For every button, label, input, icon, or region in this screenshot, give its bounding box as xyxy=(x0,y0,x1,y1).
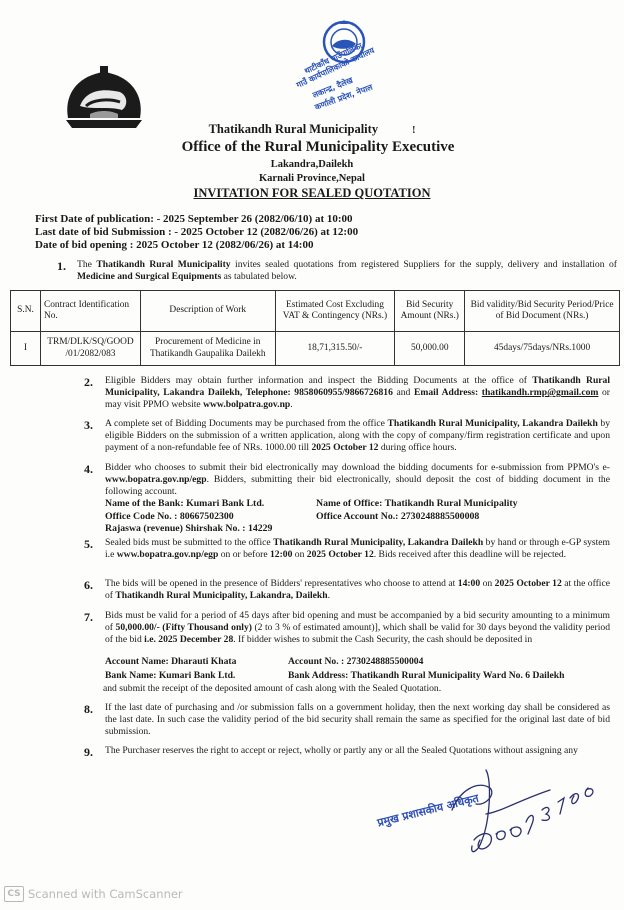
clause-8: If the last date of purchasing and /or s… xyxy=(105,702,610,739)
signature-icon xyxy=(430,760,620,870)
cell-bid-security: 50,000.00 xyxy=(395,332,465,366)
col-estimated-cost: Estimated Cost Excluding VAT & Contingen… xyxy=(275,291,395,332)
table-header-row: S.N. Contract Identification No. Descrip… xyxy=(11,291,620,332)
cash-account-number: Account No. : 2730248885500004 xyxy=(288,655,564,669)
egp-link[interactable]: www.bopatra.gov.np/egp xyxy=(105,474,207,485)
clause-3: A complete set of Bidding Documents may … xyxy=(105,418,610,455)
cell-estimated-cost: 18,71,315.50/- xyxy=(275,332,395,366)
key-dates: First Date of publication: - 2025 Septem… xyxy=(35,213,358,252)
watermark-text: Scanned with CamScanner xyxy=(28,887,183,901)
bank-name: Name of the Bank: Kumari Bank Ltd. xyxy=(105,498,272,511)
notice-title: INVITATION FOR SEALED QUOTATION xyxy=(0,186,624,201)
item-number: 5. xyxy=(84,537,93,552)
cash-account-name: Account Name: Dharauti Khata xyxy=(105,655,236,669)
cash-account-left: Account Name: Dharauti Khata Bank Name: … xyxy=(105,655,236,683)
office-code: Office Code No. : 80667502300 xyxy=(105,511,272,524)
municipality-name: Thatikandh Rural Municipality! xyxy=(0,122,624,137)
office-title: Office of the Rural Municipality Executi… xyxy=(6,139,624,156)
municipality-name-text: Thatikandh Rural Municipality xyxy=(209,122,379,136)
cell-sn: I xyxy=(11,332,41,366)
item-number: 6. xyxy=(84,578,93,593)
cell-bid-validity: 45days/75days/NRs.1000 xyxy=(465,332,620,366)
office-province: Karnali Province,Nepal xyxy=(0,173,624,184)
quotation-table: S.N. Contract Identification No. Descrip… xyxy=(10,290,620,366)
scanner-watermark: CS Scanned with CamScanner xyxy=(4,886,183,902)
submission-deadline: Last date of bid Submission : - 2025 Oct… xyxy=(35,226,358,239)
camscanner-logo-icon: CS xyxy=(4,886,24,902)
stray-mark: ! xyxy=(412,125,415,136)
clause-7: Bids must be valid for a period of 45 da… xyxy=(105,610,610,647)
clause-5: Sealed bids must be submitted to the off… xyxy=(105,537,610,561)
item-number: 2. xyxy=(84,375,93,390)
office-account: Office Account No.: 2730248885500008 xyxy=(316,511,517,524)
scanned-document-page: थाटीकाँध गाउँपालिका गाउँ कार्यपालिकाको क… xyxy=(0,0,624,910)
item-number: 1. xyxy=(57,259,66,274)
email-link[interactable]: thatikandh.rmp@gmail.com xyxy=(482,387,599,398)
cash-bank-address: Bank Address: Thatikandh Rural Municipal… xyxy=(288,669,564,683)
bank-details-left: Name of the Bank: Kumari Bank Ltd. Offic… xyxy=(105,498,272,536)
cell-description: Procurement of Medicine in Thatikandh Ga… xyxy=(140,332,275,366)
col-bid-validity: Bid validity/Bid Security Period/Price o… xyxy=(465,291,620,332)
municipality-logo-icon: थाटीकाँध गाउँपालिका गाउँ कार्यपालिकाको क… xyxy=(292,18,382,118)
cash-account-right: Account No. : 2730248885500004 Bank Addr… xyxy=(288,655,564,683)
item-number: 4. xyxy=(84,462,93,477)
col-sn: S.N. xyxy=(11,291,41,332)
col-description: Description of Work xyxy=(140,291,275,332)
clause-9: The Purchaser reserves the right to acce… xyxy=(105,745,615,757)
cash-closing-text: and submit the receipt of the deposited … xyxy=(103,683,608,695)
publication-date: First Date of publication: - 2025 Septem… xyxy=(35,213,358,226)
revenue-shirshak: Rajaswa (revenue) Shirshak No. : 14229 xyxy=(105,523,272,536)
table-row: I TRM/DLK/SQ/GOOD /01/2082/083 Procureme… xyxy=(11,332,620,366)
col-bid-security: Bid Security Amount (NRs.) xyxy=(395,291,465,332)
opening-date: Date of bid opening : 2025 October 12 (2… xyxy=(35,239,358,252)
egp-link[interactable]: www.bopatra.gov.np/egp xyxy=(117,549,219,560)
clause-2: Eligible Bidders may obtain further info… xyxy=(105,375,610,412)
office-name: Name of Office: Thatikandh Rural Municip… xyxy=(316,498,517,511)
clause-1: The Thatikandh Rural Municipality invite… xyxy=(77,259,617,283)
col-contract-id: Contract Identification No. xyxy=(40,291,140,332)
item-number: 7. xyxy=(84,610,93,625)
clause-6: The bids will be opened in the presence … xyxy=(105,578,610,602)
cash-bank-name: Bank Name: Kumari Bank Ltd. xyxy=(105,669,236,683)
item-number: 8. xyxy=(84,702,93,717)
item-number: 9. xyxy=(84,745,93,760)
clause-4: Bidder who chooses to submit their bid e… xyxy=(105,462,610,499)
item-number: 3. xyxy=(84,418,93,433)
cell-contract-id: TRM/DLK/SQ/GOOD /01/2082/083 xyxy=(40,332,140,366)
bank-details-right: Name of Office: Thatikandh Rural Municip… xyxy=(316,498,517,523)
office-location: Lakandra,Dailekh xyxy=(0,159,624,170)
ppmo-website-link[interactable]: www.bolpatra.gov.np xyxy=(203,399,290,410)
